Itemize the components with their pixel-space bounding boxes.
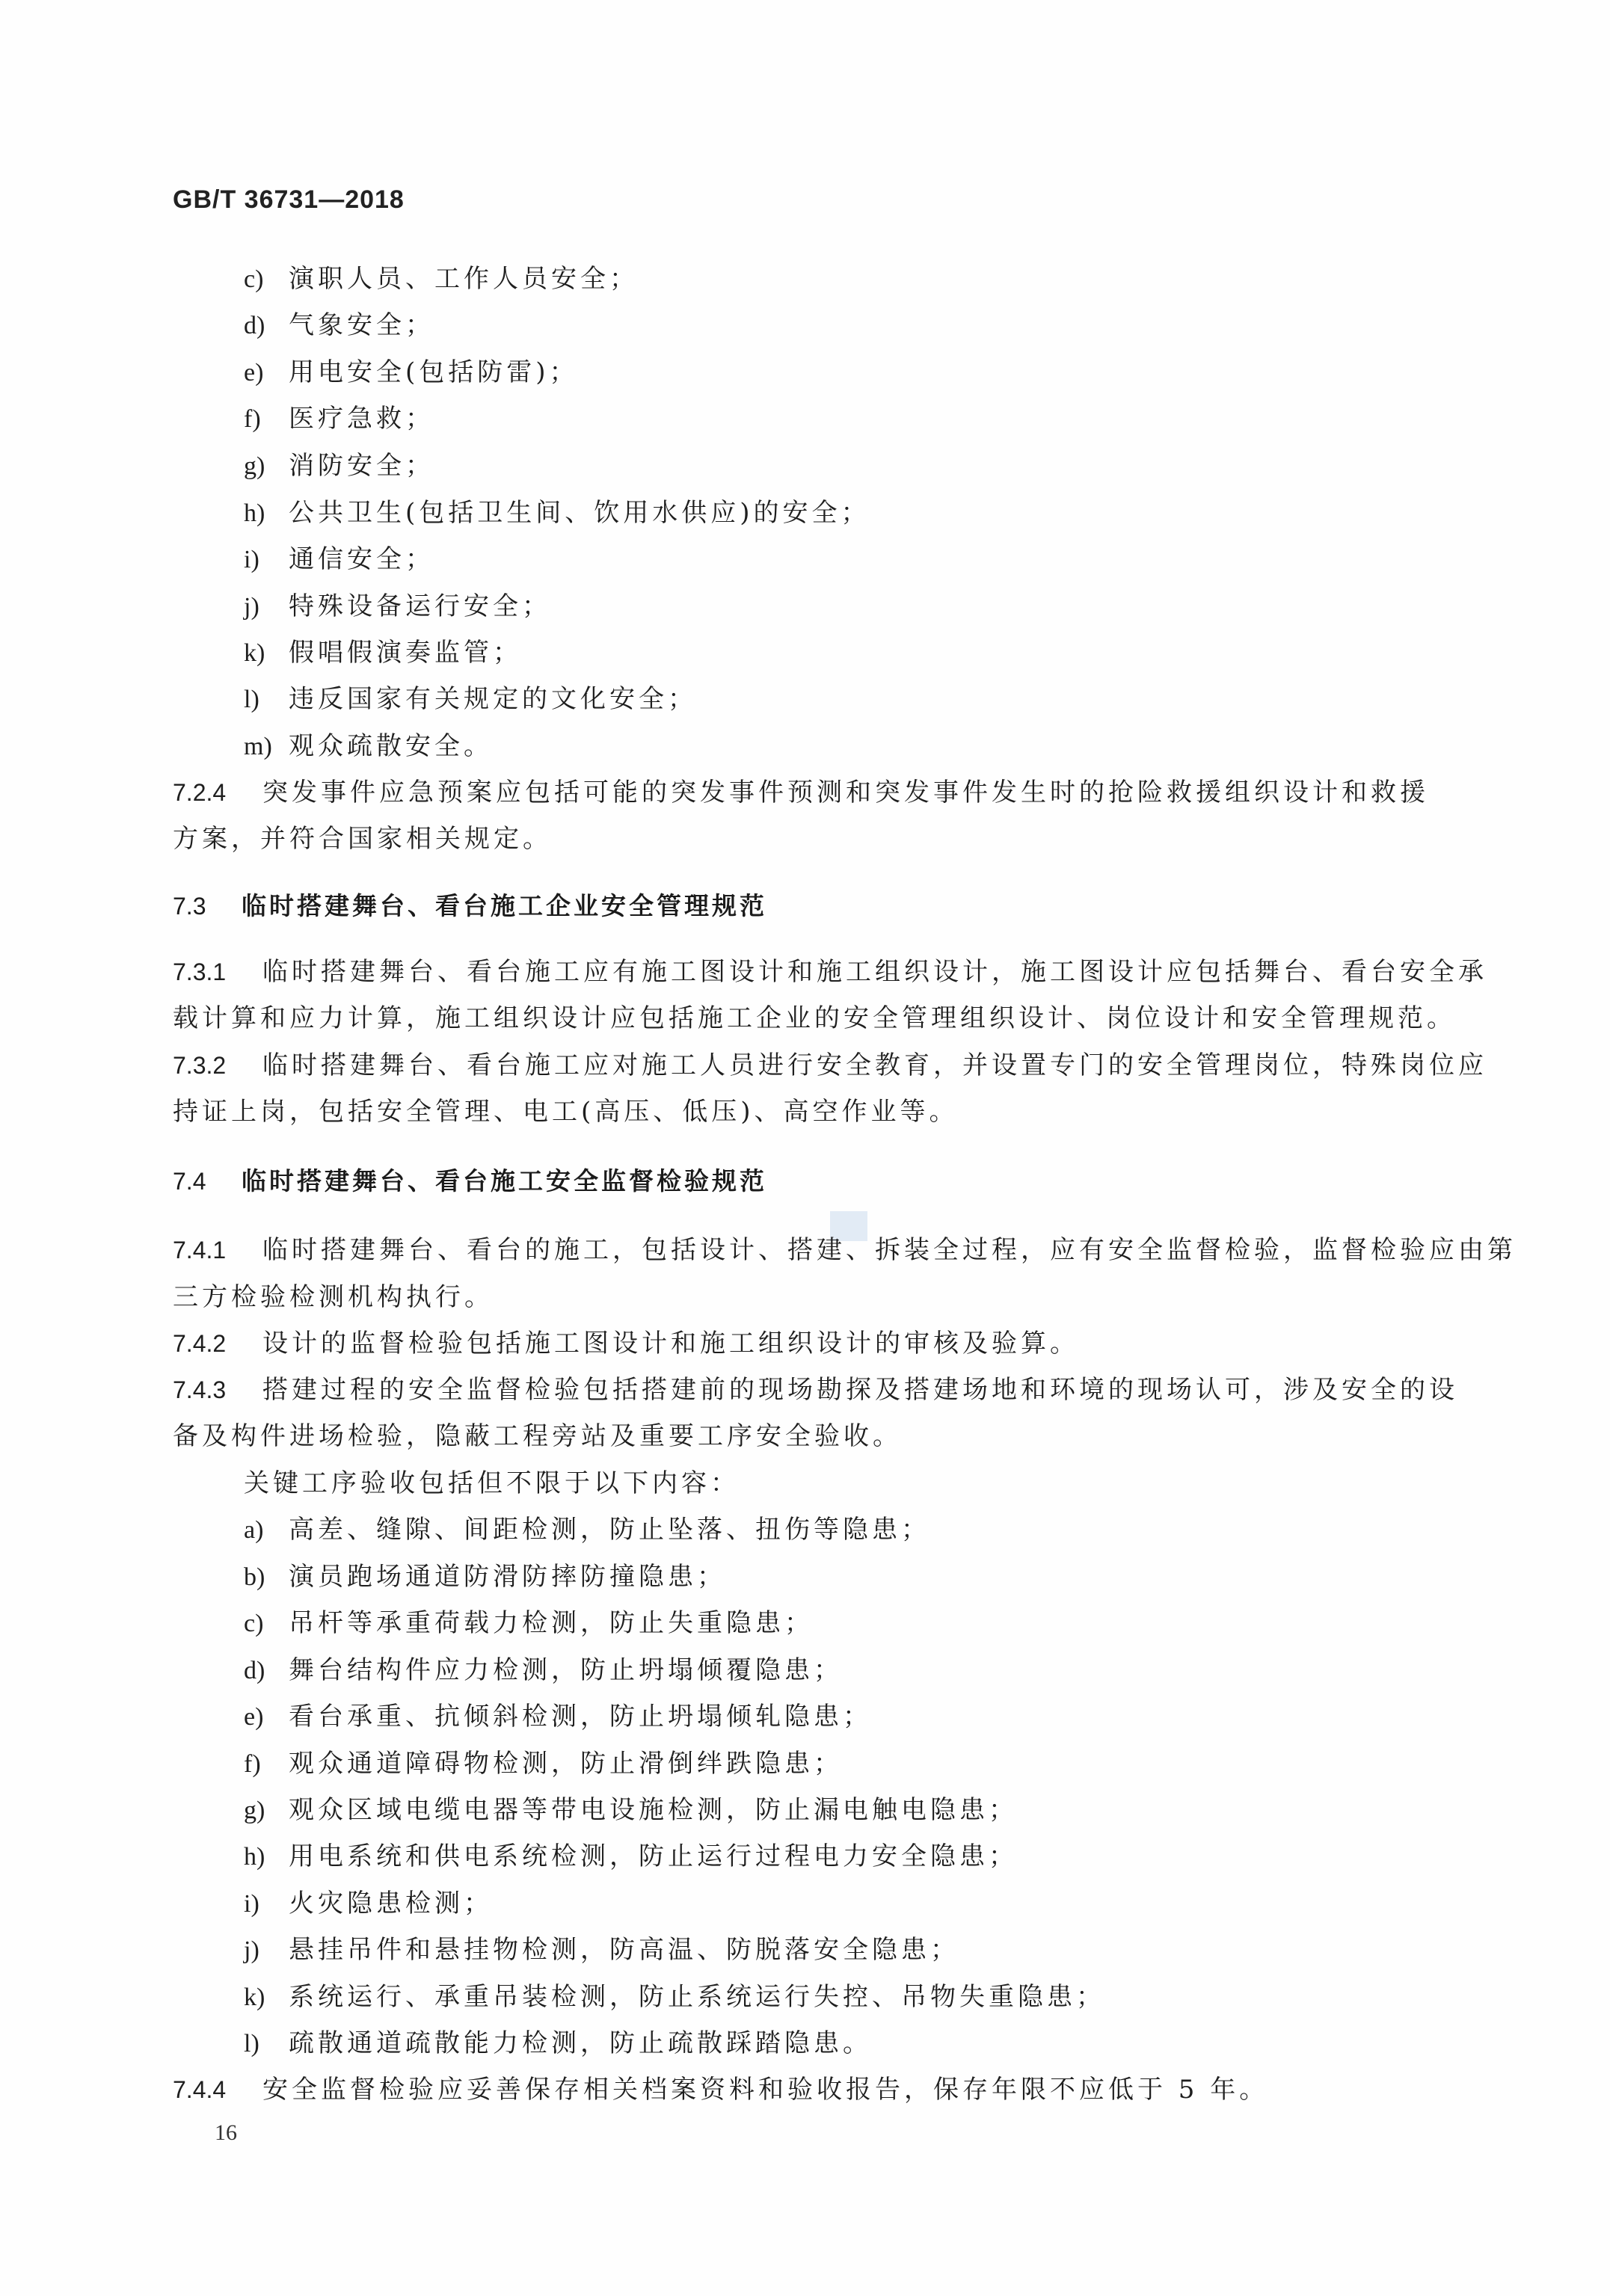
list-item: h)用电系统和供电系统检测，防止运行过程电力安全隐患；	[244, 1840, 1018, 1874]
list-text: 观众疏散安全。	[289, 731, 493, 761]
clause-text: 设计的监督检验包括施工图设计和施工组织设计的审核及验算。	[262, 1329, 1079, 1358]
clause-text: 突发事件应急预案应包括可能的突发事件预测和突发事件发生时的抢险救援组织设计和救援	[262, 778, 1429, 807]
list-text: 公共卫生(包括卫生间、饮用水供应)的安全；	[289, 498, 870, 528]
clause-7-4-3: 7.4.3搭建过程的安全监督检验包括搭建前的现场勘探及搭建场地和环境的现场认可，…	[173, 1373, 1458, 1406]
list-item: l)疏散通道疏散能力检测，防止疏散踩踏隐患。	[244, 2027, 872, 2060]
list-text: 用电安全(包括防雷)；	[289, 357, 579, 387]
list-text: 气象安全；	[289, 310, 434, 340]
clause-continuation: 方案，并符合国家相关规定。	[173, 822, 552, 855]
list-item: e)用电安全(包括防雷)；	[244, 356, 579, 390]
list-label: j)	[244, 591, 289, 624]
list-item: a)高差、缝隙、间距检测，防止坠落、扭伤等隐患；	[244, 1513, 930, 1547]
clause-number: 7.4.3	[173, 1373, 262, 1406]
section-title: 临时搭建舞台、看台施工安全监督检验规范	[242, 1166, 767, 1195]
list-text: 悬挂吊件和悬挂物检测，防高温、防脱落安全隐患；	[289, 1935, 959, 1965]
clause-number: 7.2.4	[173, 776, 262, 809]
list-label: e)	[244, 1701, 289, 1734]
page-number: 16	[215, 2120, 237, 2146]
list-label: h)	[244, 497, 289, 530]
list-text: 疏散通道疏散能力检测，防止疏散踩踏隐患。	[289, 2028, 872, 2058]
clause-number: 7.4.4	[173, 2073, 262, 2106]
list-label: a)	[244, 1514, 289, 1547]
list-text: 假唱假演奏监管；	[289, 638, 522, 668]
list-label: i)	[244, 1888, 289, 1921]
list-label: l)	[244, 683, 289, 716]
list-item: j)特殊设备运行安全；	[244, 590, 551, 624]
section-title: 临时搭建舞台、看台施工企业安全管理规范	[242, 891, 767, 920]
clause-text: 搭建过程的安全监督检验包括搭建前的现场勘探及搭建场地和环境的现场认可，涉及安全的…	[262, 1375, 1458, 1405]
list-text: 通信安全；	[289, 544, 434, 574]
list-item: f)观众通道障碍物检测，防止滑倒绊跌隐患；	[244, 1747, 843, 1781]
list-text: 看台承重、抗倾斜检测，防止坍塌倾轧隐患；	[289, 1702, 872, 1732]
clause-text: 安全监督检验应妥善保存相关档案资料和验收报告，保存年限不应低于 5 年。	[262, 2075, 1268, 2105]
list-text: 消防安全；	[289, 451, 434, 481]
list-text: 舞台结构件应力检测，防止坍塌倾覆隐患；	[289, 1655, 843, 1685]
list-label: c)	[244, 263, 289, 296]
list-label: j)	[244, 1934, 289, 1967]
list-label: l)	[244, 2028, 289, 2060]
section-number: 7.3	[173, 890, 242, 923]
list-item: e)看台承重、抗倾斜检测，防止坍塌倾轧隐患；	[244, 1700, 872, 1734]
list-item: c)演职人员、工作人员安全；	[244, 262, 639, 296]
section-number: 7.4	[173, 1165, 242, 1198]
list-label: f)	[244, 403, 289, 436]
list-item: j)悬挂吊件和悬挂物检测，防高温、防脱落安全隐患；	[244, 1933, 959, 1967]
list-label: e)	[244, 357, 289, 390]
document-code-header: GB/T 36731—2018	[173, 185, 405, 215]
clause-text: 临时搭建舞台、看台施工应对施工人员进行安全教育，并设置专门的安全管理岗位，特殊岗…	[262, 1050, 1487, 1080]
list-text: 演职人员、工作人员安全；	[289, 264, 639, 294]
list-text: 吊杆等承重荷载力检测，防止失重隐患；	[289, 1608, 814, 1638]
list-item: b)演员跑场通道防滑防摔防撞隐患；	[244, 1560, 726, 1594]
list-item: f)医疗急救；	[244, 402, 434, 436]
list-label: c)	[244, 1607, 289, 1640]
clause-continuation: 三方检验检测机构执行。	[173, 1281, 494, 1314]
list-label: g)	[244, 450, 289, 483]
clause-number: 7.4.1	[173, 1234, 262, 1267]
list-item: i)火灾隐患检测；	[244, 1887, 493, 1921]
list-text: 医疗急救；	[289, 404, 434, 434]
list-item: l)违反国家有关规定的文化安全；	[244, 683, 697, 716]
list-item: k)假唱假演奏监管；	[244, 636, 522, 670]
list-text: 火灾隐患检测；	[289, 1889, 493, 1918]
list-label: h)	[244, 1841, 289, 1874]
list-item: i)通信安全；	[244, 543, 434, 576]
clause-continuation: 备及构件进场检验，隐蔽工程旁站及重要工序安全验收。	[173, 1420, 902, 1453]
document-page: GB/T 36731—2018 c)演职人员、工作人员安全； d)气象安全； e…	[0, 0, 1610, 2296]
clause-continuation: 持证上岗，包括安全管理、电工(高压、低压)、高空作业等。	[173, 1095, 959, 1128]
list-label: d)	[244, 310, 289, 342]
clause-7-4-2: 7.4.2设计的监督检验包括施工图设计和施工组织设计的审核及验算。	[173, 1327, 1079, 1360]
clause-text: 临时搭建舞台、看台施工应有施工图设计和施工组织设计，施工图设计应包括舞台、看台安…	[262, 957, 1487, 987]
list-text: 观众区域电缆电器等带电设施检测，防止漏电触电隐患；	[289, 1795, 1018, 1825]
clause-7-3-2: 7.3.2临时搭建舞台、看台施工应对施工人员进行安全教育，并设置专门的安全管理岗…	[173, 1049, 1487, 1082]
clause-7-3-1: 7.3.1临时搭建舞台、看台施工应有施工图设计和施工组织设计，施工图设计应包括舞…	[173, 955, 1487, 988]
list-label: m)	[244, 730, 289, 763]
clause-7-2-4: 7.2.4突发事件应急预案应包括可能的突发事件预测和突发事件发生时的抢险救援组织…	[173, 776, 1429, 809]
list-label: b)	[244, 1561, 289, 1594]
list-item: g)消防安全；	[244, 449, 434, 483]
list-item: m)观众疏散安全。	[244, 730, 493, 763]
list-intro: 关键工序验收包括但不限于以下内容：	[244, 1467, 740, 1500]
section-heading-7-4: 7.4临时搭建舞台、看台施工安全监督检验规范	[173, 1165, 767, 1198]
list-label: i)	[244, 544, 289, 576]
list-item: k)系统运行、承重吊装检测，防止系统运行失控、吊物失重隐患；	[244, 1980, 1105, 2014]
list-item: d)气象安全；	[244, 309, 434, 342]
list-label: k)	[244, 1981, 289, 2014]
list-label: d)	[244, 1655, 289, 1687]
list-label: f)	[244, 1748, 289, 1781]
list-text: 观众通道障碍物检测，防止滑倒绊跌隐患；	[289, 1749, 843, 1779]
list-item: h)公共卫生(包括卫生间、饮用水供应)的安全；	[244, 496, 870, 530]
clause-7-4-1: 7.4.1临时搭建舞台、看台的施工，包括设计、搭建、拆装全过程，应有安全监督检验…	[173, 1234, 1517, 1267]
list-item: g)观众区域电缆电器等带电设施检测，防止漏电触电隐患；	[244, 1794, 1018, 1827]
list-text: 高差、缝隙、间距检测，防止坠落、扭伤等隐患；	[289, 1515, 930, 1545]
list-text: 特殊设备运行安全；	[289, 591, 551, 621]
clause-number: 7.3.2	[173, 1049, 262, 1082]
list-item: c)吊杆等承重荷载力检测，防止失重隐患；	[244, 1607, 814, 1640]
list-label: k)	[244, 637, 289, 670]
clause-7-4-4: 7.4.4安全监督检验应妥善保存相关档案资料和验收报告，保存年限不应低于 5 年…	[173, 2073, 1268, 2106]
clause-text: 临时搭建舞台、看台的施工，包括设计、搭建、拆装全过程，应有安全监督检验，监督检验…	[262, 1235, 1517, 1265]
clause-number: 7.3.1	[173, 955, 262, 988]
list-label: g)	[244, 1794, 289, 1827]
list-text: 系统运行、承重吊装检测，防止系统运行失控、吊物失重隐患；	[289, 1982, 1105, 2012]
list-text: 违反国家有关规定的文化安全；	[289, 684, 697, 714]
clause-number: 7.4.2	[173, 1327, 262, 1360]
list-text: 用电系统和供电系统检测，防止运行过程电力安全隐患；	[289, 1841, 1018, 1871]
clause-continuation: 载计算和应力计算，施工组织设计应包括施工企业的安全管理组织设计、岗位设计和安全管…	[173, 1002, 1456, 1035]
section-heading-7-3: 7.3临时搭建舞台、看台施工企业安全管理规范	[173, 890, 767, 923]
list-text: 演员跑场通道防滑防摔防撞隐患；	[289, 1562, 726, 1592]
list-item: d)舞台结构件应力检测，防止坍塌倾覆隐患；	[244, 1654, 843, 1687]
